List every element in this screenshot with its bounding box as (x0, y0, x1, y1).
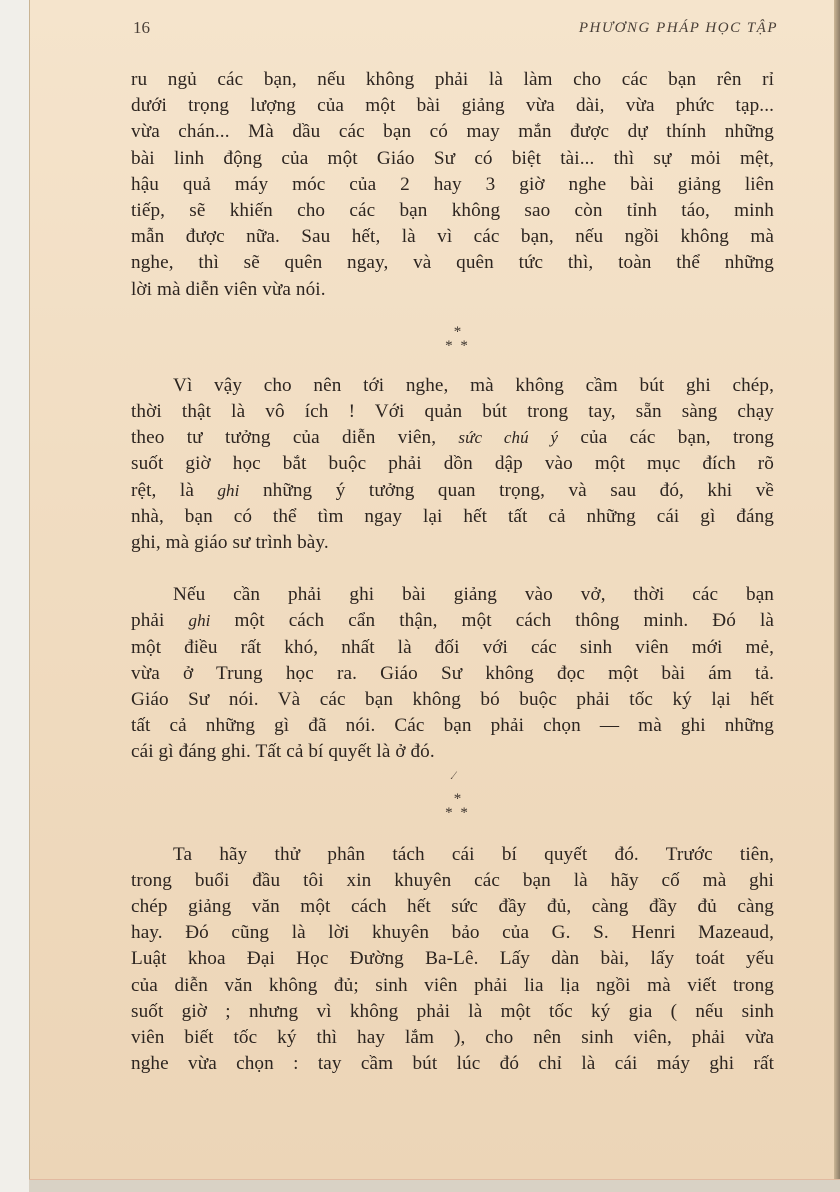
scan-bottom-strip (29, 1179, 840, 1192)
asterism-top: * (141, 325, 774, 339)
line-text: tất cả những gì đã nói. Các bạn phải chọ… (131, 715, 774, 736)
scanned-book-page: 16 PHƯƠNG PHÁP HỌC TẬP ru ngủ các bạn, n… (0, 0, 840, 1192)
text-line: nhà, bạn có thể tìm ngay lại hết tất cả … (131, 504, 774, 530)
text-line: mẫn được nữa. Sau hết, là vì các bạn, nế… (131, 224, 774, 250)
line-text: theo tư tưởng của diễn viên, (131, 427, 458, 448)
text-line: nghe vừa chọn : tay cầm bút lúc đó chỉ l… (131, 1051, 774, 1077)
text-line: một điều rất khó, nhất là đối với các si… (131, 635, 774, 661)
text-line: lời mà diễn viên vừa nói. (131, 277, 774, 303)
text-line: rệt, là ghi những ý tưởng quan trọng, và… (131, 478, 774, 504)
line-text: ghi, mà giáo sư trình bày. (131, 532, 329, 553)
text-line: dưới trọng lượng của một bài giảng vừa d… (131, 93, 774, 119)
section-separator-asterism: * * * (131, 325, 774, 353)
running-head: 16 PHƯƠNG PHÁP HỌC TẬP (133, 18, 778, 42)
text-line: hay. Đó cũng là lời khuyên bảo của G. S.… (131, 920, 774, 946)
line-text: Nếu cần phải ghi bài giảng vào vở, thời … (173, 584, 774, 605)
paragraph-4: Ta hãy thử phân tách cái bí quyết đó. Tr… (131, 842, 774, 1078)
paragraph-3: Nếu cần phải ghi bài giảng vào vở, thời … (131, 582, 774, 765)
text-line: Nếu cần phải ghi bài giảng vào vở, thời … (131, 582, 774, 608)
text-line: theo tư tưởng của diễn viên, sức chú ý c… (131, 425, 774, 451)
text-line: hậu quả máy móc của 2 hay 3 giờ nghe bài… (131, 172, 774, 198)
line-text: Vì vậy cho nên tới nghe, mà không cầm bú… (173, 375, 774, 396)
paragraph-2: Vì vậy cho nên tới nghe, mà không cầm bú… (131, 373, 774, 556)
page-number: 16 (133, 18, 150, 38)
running-title: PHƯƠNG PHÁP HỌC TẬP (579, 20, 778, 37)
text-line: trong buổi đầu tôi xin khuyên các bạn là… (131, 868, 774, 894)
text-line: phải ghi một cách cẩn thận, một cách thô… (131, 608, 774, 634)
line-text: một điều rất khó, nhất là đối với các si… (131, 637, 774, 658)
text-line: thời thật là vô ích ! Với quản bút trong… (131, 399, 774, 425)
line-text: vừa ở Trung học ra. Giáo Sư không đọc mộ… (131, 663, 774, 684)
text-line: chép giảng văn một cách hết sức đầy đủ, … (131, 894, 774, 920)
line-text: phải (131, 610, 188, 631)
text-line: của diễn văn không đủ; sinh viên phải li… (131, 973, 774, 999)
emphasis-text: ghi (188, 611, 210, 630)
text-line: vừa chán... Mà dầu các bạn có may mắn đư… (131, 119, 774, 145)
emphasis-text: ghi (217, 481, 239, 500)
paragraph-gap (131, 556, 774, 582)
line-text: suốt giờ học bắt buộc phải dồn dập vào m… (131, 453, 774, 474)
text-line: cái gì đáng ghi. Tất cả bí quyết là ở đó… (131, 739, 774, 765)
asterism-bottom: * * (141, 339, 774, 353)
scan-left-margin (0, 0, 29, 1192)
text-line: suốt giờ học bắt buộc phải dồn dập vào m… (131, 451, 774, 477)
text-line: nghe, thì sẽ quên ngay, và quên tức thì,… (131, 250, 774, 276)
line-text: những ý tưởng quan trọng, và sau đó, khi… (239, 480, 774, 501)
line-text: rệt, là (131, 480, 217, 501)
stray-ink-mark: .⁄ (131, 770, 774, 780)
text-line: ru ngủ các bạn, nếu không phải là làm ch… (131, 67, 774, 93)
text-line: bài linh động của một Giáo Sư có biệt tà… (131, 146, 774, 172)
text-line: suốt giờ ; nhưng vì không phải là một tố… (131, 999, 774, 1025)
line-text: Giáo Sư nói. Và các bạn không bó buộc ph… (131, 689, 774, 710)
text-line: tiếp, sẽ khiến cho các bạn không sao còn… (131, 198, 774, 224)
text-line: Ta hãy thử phân tách cái bí quyết đó. Tr… (131, 842, 774, 868)
emphasis-text: sức chú ý (458, 428, 558, 447)
line-text: cái gì đáng ghi. Tất cả bí quyết là ở đó… (131, 741, 435, 762)
page-right-edge (834, 0, 840, 1180)
line-text: thời thật là vô ích ! Với quản bút trong… (131, 401, 774, 422)
section-separator-asterism: * * * (131, 792, 774, 820)
text-line: Luật khoa Đại Học Đường Ba-Lê. Lấy dàn b… (131, 946, 774, 972)
asterism-bottom: * * (141, 806, 774, 820)
text-line: tất cả những gì đã nói. Các bạn phải chọ… (131, 713, 774, 739)
body-text: ru ngủ các bạn, nếu không phải là làm ch… (131, 67, 774, 1078)
line-text: của các bạn, trong (558, 427, 774, 448)
text-line: Giáo Sư nói. Và các bạn không bó buộc ph… (131, 687, 774, 713)
text-line: vừa ở Trung học ra. Giáo Sư không đọc mộ… (131, 661, 774, 687)
text-line: viên biết tốc ký thì hay lắm ), cho nên … (131, 1025, 774, 1051)
asterism-top: * (141, 792, 774, 806)
line-text: một cách cẩn thận, một cách thông minh. … (211, 610, 775, 631)
text-line: ghi, mà giáo sư trình bày. (131, 530, 774, 556)
paragraph-1: ru ngủ các bạn, nếu không phải là làm ch… (131, 67, 774, 303)
line-text: nhà, bạn có thể tìm ngay lại hết tất cả … (131, 506, 774, 527)
text-line: Vì vậy cho nên tới nghe, mà không cầm bú… (131, 373, 774, 399)
